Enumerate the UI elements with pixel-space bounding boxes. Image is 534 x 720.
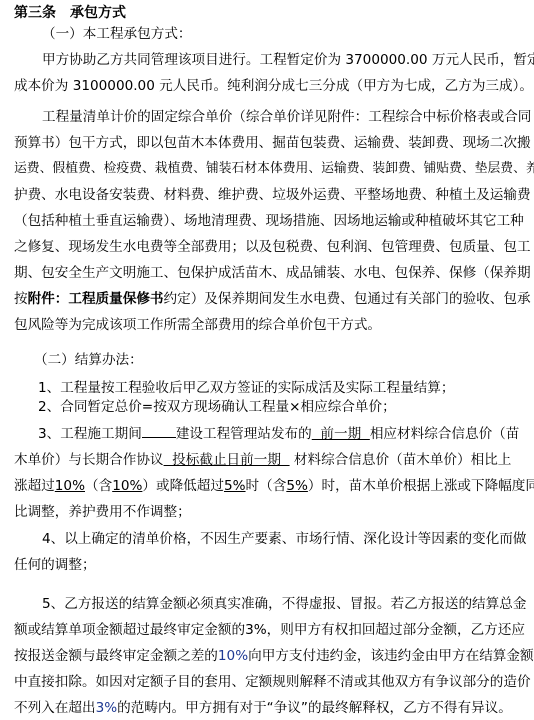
para2-line2: 预算书）包干方式，即以包苗木本体费用、掘苗包装费、运输费、装卸费、现场二次搬: [14, 131, 531, 151]
para2-line3: 运费、假植费、检疫费、栽植费、铺装石材本体费用、运输费、装卸费、铺贴费、垫层费、…: [14, 157, 534, 176]
para2-line5: （包括种植土垂直运输费）、场地清理费、现场措施、因场地运输或种植破坏其它工种: [14, 209, 524, 229]
underlined-period: 前一期: [312, 426, 370, 442]
item5-text: 向甲方支付违约金，该违约金由甲方在结算金额: [248, 648, 533, 664]
settlement-item-3-line1: 3、工程施工期间建设工程管理站发布的 前一期 相应材料综合信息价（苗: [38, 422, 519, 442]
article-title: 承包方式: [70, 5, 126, 21]
para2-line6: 之修复、现场发生水电费等全部费用；以及包税费、包利润、包管理费、包质量、包工: [14, 235, 531, 255]
item3-text: 时（含: [246, 478, 287, 494]
increase-threshold: 10%: [55, 478, 85, 494]
settlement-item-4-line2: 任何的调整；: [14, 553, 96, 573]
decrease-threshold-inclusive: 5%: [286, 478, 308, 494]
excess-percentage: 3%: [96, 700, 118, 716]
item3-text: ）或降低超过: [142, 478, 224, 494]
item3-text: 建设工程管理站发布的: [176, 426, 312, 442]
settlement-item-5-line3: 按报送金额与最终审定金额之差的10%向甲方支付违约金，该违约金由甲方在结算金额: [14, 644, 534, 664]
settlement-item-2: 2、合同暂定总价=按双方现场确认工程量×相应综合单价；: [38, 395, 396, 415]
item3-text: 相应材料综合信息价（苗: [370, 426, 520, 442]
increase-threshold-inclusive: 10%: [112, 478, 142, 494]
item3-text: 3、工程施工期间: [38, 426, 142, 442]
settlement-item-5-line4: 中直接扣除。如因对定额子目的套用、定额规则解释不清或其他双方有争议部分的造价: [14, 670, 531, 690]
item5-text: 不列入在超出: [14, 700, 96, 716]
decrease-threshold: 5%: [224, 478, 246, 494]
item3-text: 木单价）与长期合作协议: [14, 452, 164, 468]
para1-line1: 甲方协助乙方共同管理该项目进行。工程暂定价为 3700000.00 万元人民币，…: [42, 48, 534, 68]
settlement-item-4-line1: 4、以上确定的清单价格，不因生产要素、市场行情、深化设计等因素的变化而做: [42, 527, 526, 547]
para2-line8-suffix: 约定）及保养期间发生水电费、包通过有关部门的验收、包承: [164, 291, 531, 307]
settlement-item-3-line2: 木单价）与长期合作协议 投标截止日前一期 材料综合信息价（苗木单价）相比上: [14, 448, 511, 468]
section1-title: （一）本工程承包方式：: [42, 22, 192, 42]
para2-line8: 按附件：工程质量保修书约定）及保养期间发生水电费、包通过有关部门的验收、包承: [14, 287, 531, 307]
para2-line1: 工程量清单计价的固定综合单价（综合单价详见附件：工程综合中标价格表或合同: [42, 105, 531, 125]
item3-text: 涨超过: [14, 478, 55, 494]
para2-line4: 护费、水电设备安装费、材料费、维护费、垃圾外运费、平整场地费、种植土及运输费: [14, 183, 531, 203]
item5-text: 的范畴内。甲方拥有对于“争议”的最终解释权，乙方不得有异议。: [117, 700, 512, 716]
article-heading: 第三条承包方式: [14, 2, 126, 22]
para2-line8-prefix: 按: [14, 291, 28, 307]
item5-text: 按报送金额与最终审定金额之差的: [14, 648, 218, 664]
underlined-bid-deadline: 投标截止日前一期: [164, 452, 290, 468]
item3-text: 材料综合信息价（苗木单价）相比上: [290, 452, 512, 468]
para2-line7: 期、包安全生产文明施工、包保护成活苗木、成品铺装、水电、包保养、保修（保养期: [14, 261, 531, 281]
item3-text: （含: [85, 478, 112, 494]
settlement-item-5-line5: 不列入在超出3%的范畴内。甲方拥有对于“争议”的最终解释权，乙方不得有异议。: [14, 696, 512, 716]
settlement-item-3-line4: 比调整，养护费用不作调整；: [14, 500, 191, 520]
blank-field-city[interactable]: [142, 423, 176, 438]
settlement-item-3-line3: 涨超过10%（含10%）或降低超过5%时（含5%）时，苗木单价根据上涨或下降幅度…: [14, 474, 534, 494]
para2-line9: 包风险等为完成该项工作所需全部费用的综合单价包干方式。: [14, 313, 381, 333]
settlement-item-1: 1、工程量按工程验收后甲乙双方签证的实际成活及实际工程量结算；: [38, 376, 454, 396]
settlement-item-5-line2: 额或结算单项金额超过最终审定金额的3%，则甲方有权扣回超过部分金额，乙方还应: [14, 618, 525, 638]
section2-title: （二）结算办法：: [34, 348, 143, 368]
settlement-item-5-line1: 5、乙方报送的结算金额必须真实准确，不得虚报、冒报。若乙方报送的结算总金: [42, 592, 526, 612]
item3-text: ）时，苗木单价根据上涨或下降幅度同: [308, 478, 534, 494]
para1-line2: 成本价为 3100000.00 元人民币。纯利润分成七三分成（甲方为七成，乙方为…: [14, 74, 533, 94]
article-number: 第三条: [14, 5, 56, 21]
warranty-attachment-reference: 附件：工程质量保修书: [28, 291, 164, 307]
penalty-percentage: 10%: [218, 648, 248, 664]
